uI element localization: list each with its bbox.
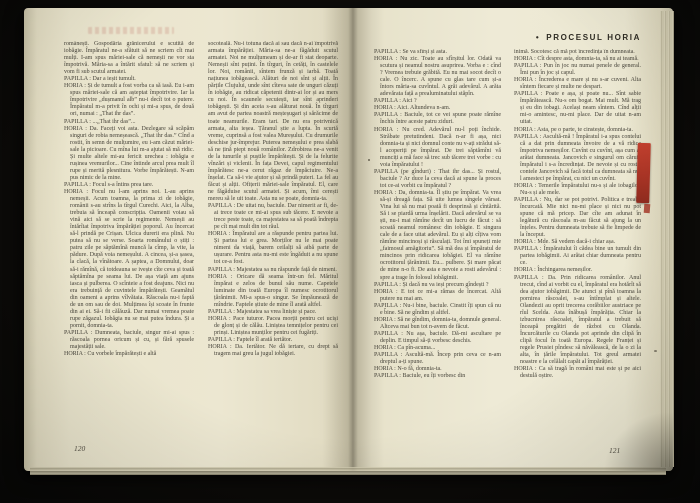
dialogue-paragraph: inimă. Socotesc că mă pot încredința în … — [514, 49, 641, 56]
dialogue-paragraph: HORIA : Temerile împăratului nu-s și ale… — [514, 183, 641, 197]
dialogue-paragraph: HORIA : Da, domnia-ta. Îl știu pe împăra… — [374, 190, 501, 282]
running-head-title: PROCESUL HORIA — [546, 33, 641, 42]
dialogue-paragraph: HORIA : Împăratul are a răspunde pentru … — [208, 231, 338, 266]
dialogue-paragraph: PAPILLA : Poate e așa, și poate nu... Sî… — [514, 91, 641, 126]
dialogue-paragraph: HORIA : Focul nu l-am aprins noi. L-au a… — [64, 189, 194, 330]
dialogue-paragraph: PAPILLA : Pun în joc nu numai penele de … — [514, 63, 641, 77]
dialogue-paragraph: PAPILLA : Ascultă-mă ! Împăratul i-a spu… — [514, 134, 641, 183]
dialogue-paragraph: HORIA : Pace tuturor. Pacea morții pentr… — [208, 316, 338, 337]
dialogue-paragraph: PAPILLA : Dumneata, baciule, singur mi-a… — [64, 330, 194, 351]
ink-speck — [384, 308, 386, 309]
dialogue-paragraph: HORIA : Să ne gîndim, domnia-ta, domnule… — [374, 317, 501, 331]
dialogue-paragraph: HORIA : Închingarea nemeșilor. — [514, 267, 641, 274]
dialogue-paragraph: HORIA : N-o fă, domnia-ta. — [374, 366, 501, 373]
ink-speck — [368, 159, 370, 161]
dialogue-paragraph: românești. Gospodăria grănicerului e scu… — [64, 41, 194, 76]
dialogue-paragraph: HORIA : Nu zic. Toate au sfîrșitul lor. … — [374, 56, 501, 98]
dialogue-paragraph: HORIA : Oricare dă seama într-un fel. Mă… — [208, 274, 338, 309]
red-bookmark-fragment — [644, 204, 651, 213]
bullet-icon: • — [536, 33, 540, 42]
dialogue-paragraph: HORIA : Asta, pe o parte, te cinstește, … — [514, 127, 641, 134]
text-column-left-2: socoteală. Nu-i totuna dacă ai sau dacă … — [208, 41, 338, 449]
dialogue-paragraph: PAPILLA : Împăratului îi cădea bine un t… — [514, 246, 641, 267]
dialogue-paragraph: HORIA : Nu cred. Adevărul nu-l poți înch… — [374, 127, 501, 169]
dialogue-paragraph: PAPILLA : Nu-i bine, baciule. Cinstit îț… — [374, 303, 501, 317]
dialogue-paragraph: HORIA : Cu vorbele împărătești e altă — [64, 351, 194, 358]
open-book: •PROCESUL HORIA românești. Gospodăria gr… — [24, 8, 673, 471]
dialogue-paragraph: PAPILLA : Se va sfîrși și asta. — [374, 49, 501, 56]
ink-speck — [654, 350, 657, 352]
dialogue-paragraph: PAPILLA : Nu, dar se pot potrivi. Politi… — [514, 197, 641, 239]
dialogue-paragraph: HORIA : Da. Iertător. Ne dă iertare, cu … — [208, 344, 338, 358]
page-number-right: 121 — [609, 446, 620, 455]
dialogue-paragraph: PAPILLA : Focul s-a întins prea tare. — [64, 182, 194, 189]
dialogue-paragraph: PAPILLA : Faptele îl arată iertător. — [208, 337, 338, 344]
red-bookmark-tab — [636, 143, 651, 203]
dialogue-paragraph: HORIA : Ca pîn-acuma... — [374, 345, 501, 352]
dialogue-paragraph: PAPILLA : Baciule, tot ce vei spune poat… — [374, 112, 501, 126]
text-column-left-1: românești. Gospodăria grănicerului e scu… — [64, 41, 194, 449]
dialogue-paragraph: HORIA : Cît despre asta, domnia-ta, să n… — [514, 56, 641, 63]
dialogue-paragraph: PAPILLA : ...„That ihr das”... — [64, 119, 194, 126]
dialogue-paragraph: PAPILLA : Baciule, eu îți vorbesc din — [374, 373, 501, 380]
dialogue-paragraph: HORIA : E tot ce mi-a rămas de încercat.… — [374, 289, 501, 303]
dialogue-paragraph: PAPILLA : Majestatea sa nu răspunde față… — [208, 267, 338, 274]
dialogue-paragraph: HORIA : Încrederea e mare și nu s-ar cuv… — [514, 77, 641, 91]
dialogue-paragraph: HORIA : Da. Faceți voi asta. Dezlegare s… — [64, 126, 194, 182]
dialogue-paragraph: HORIA : Ca să tragă în români mai este ș… — [514, 366, 641, 380]
running-head-right: •PROCESUL HORIA — [374, 33, 641, 42]
page-number-left: 120 — [74, 444, 85, 453]
dialogue-paragraph: HORIA : Aici. Altundeva n-am. — [374, 105, 501, 112]
dialogue-paragraph: PAPILLA (pe gînduri) : That ihr das... Ș… — [374, 169, 501, 190]
dialogue-paragraph: PAPILLA : Nu așa, baciule. Dă-mi asculta… — [374, 331, 501, 345]
dialogue-paragraph: PAPILLA : Majestatea sa vrea liniște și … — [208, 309, 338, 316]
dialogue-paragraph: PAPILLA : De uitat nu, baciule. Dar nime… — [208, 203, 338, 231]
dialogue-paragraph: PAPILLA : Și dacă nu va ieși precum gînd… — [374, 282, 501, 289]
dialogue-paragraph: PAPILLA : Aici ? — [374, 98, 501, 105]
dialogue-paragraph: HORIA : Și de tumult a fost vorba ca să … — [64, 83, 194, 118]
dialogue-paragraph: socoteală. Nu-i totuna dacă ai sau dacă … — [208, 41, 338, 203]
photo-backdrop: •PROCESUL HORIA românești. Gospodăria gr… — [0, 0, 700, 503]
faded-running-head-left — [88, 27, 174, 34]
dialogue-paragraph: PAPILLA : Da. Prin ridicarea românilor. … — [514, 275, 641, 367]
dialogue-paragraph: PAPILLA : Ascultă-mă. Încep prin ceva ce… — [374, 352, 501, 366]
text-column-right-2: inimă. Socotesc că mă pot încredința în … — [514, 49, 641, 451]
text-column-right-1: PAPILLA : Se va sfîrși și asta.HORIA : N… — [374, 49, 501, 451]
